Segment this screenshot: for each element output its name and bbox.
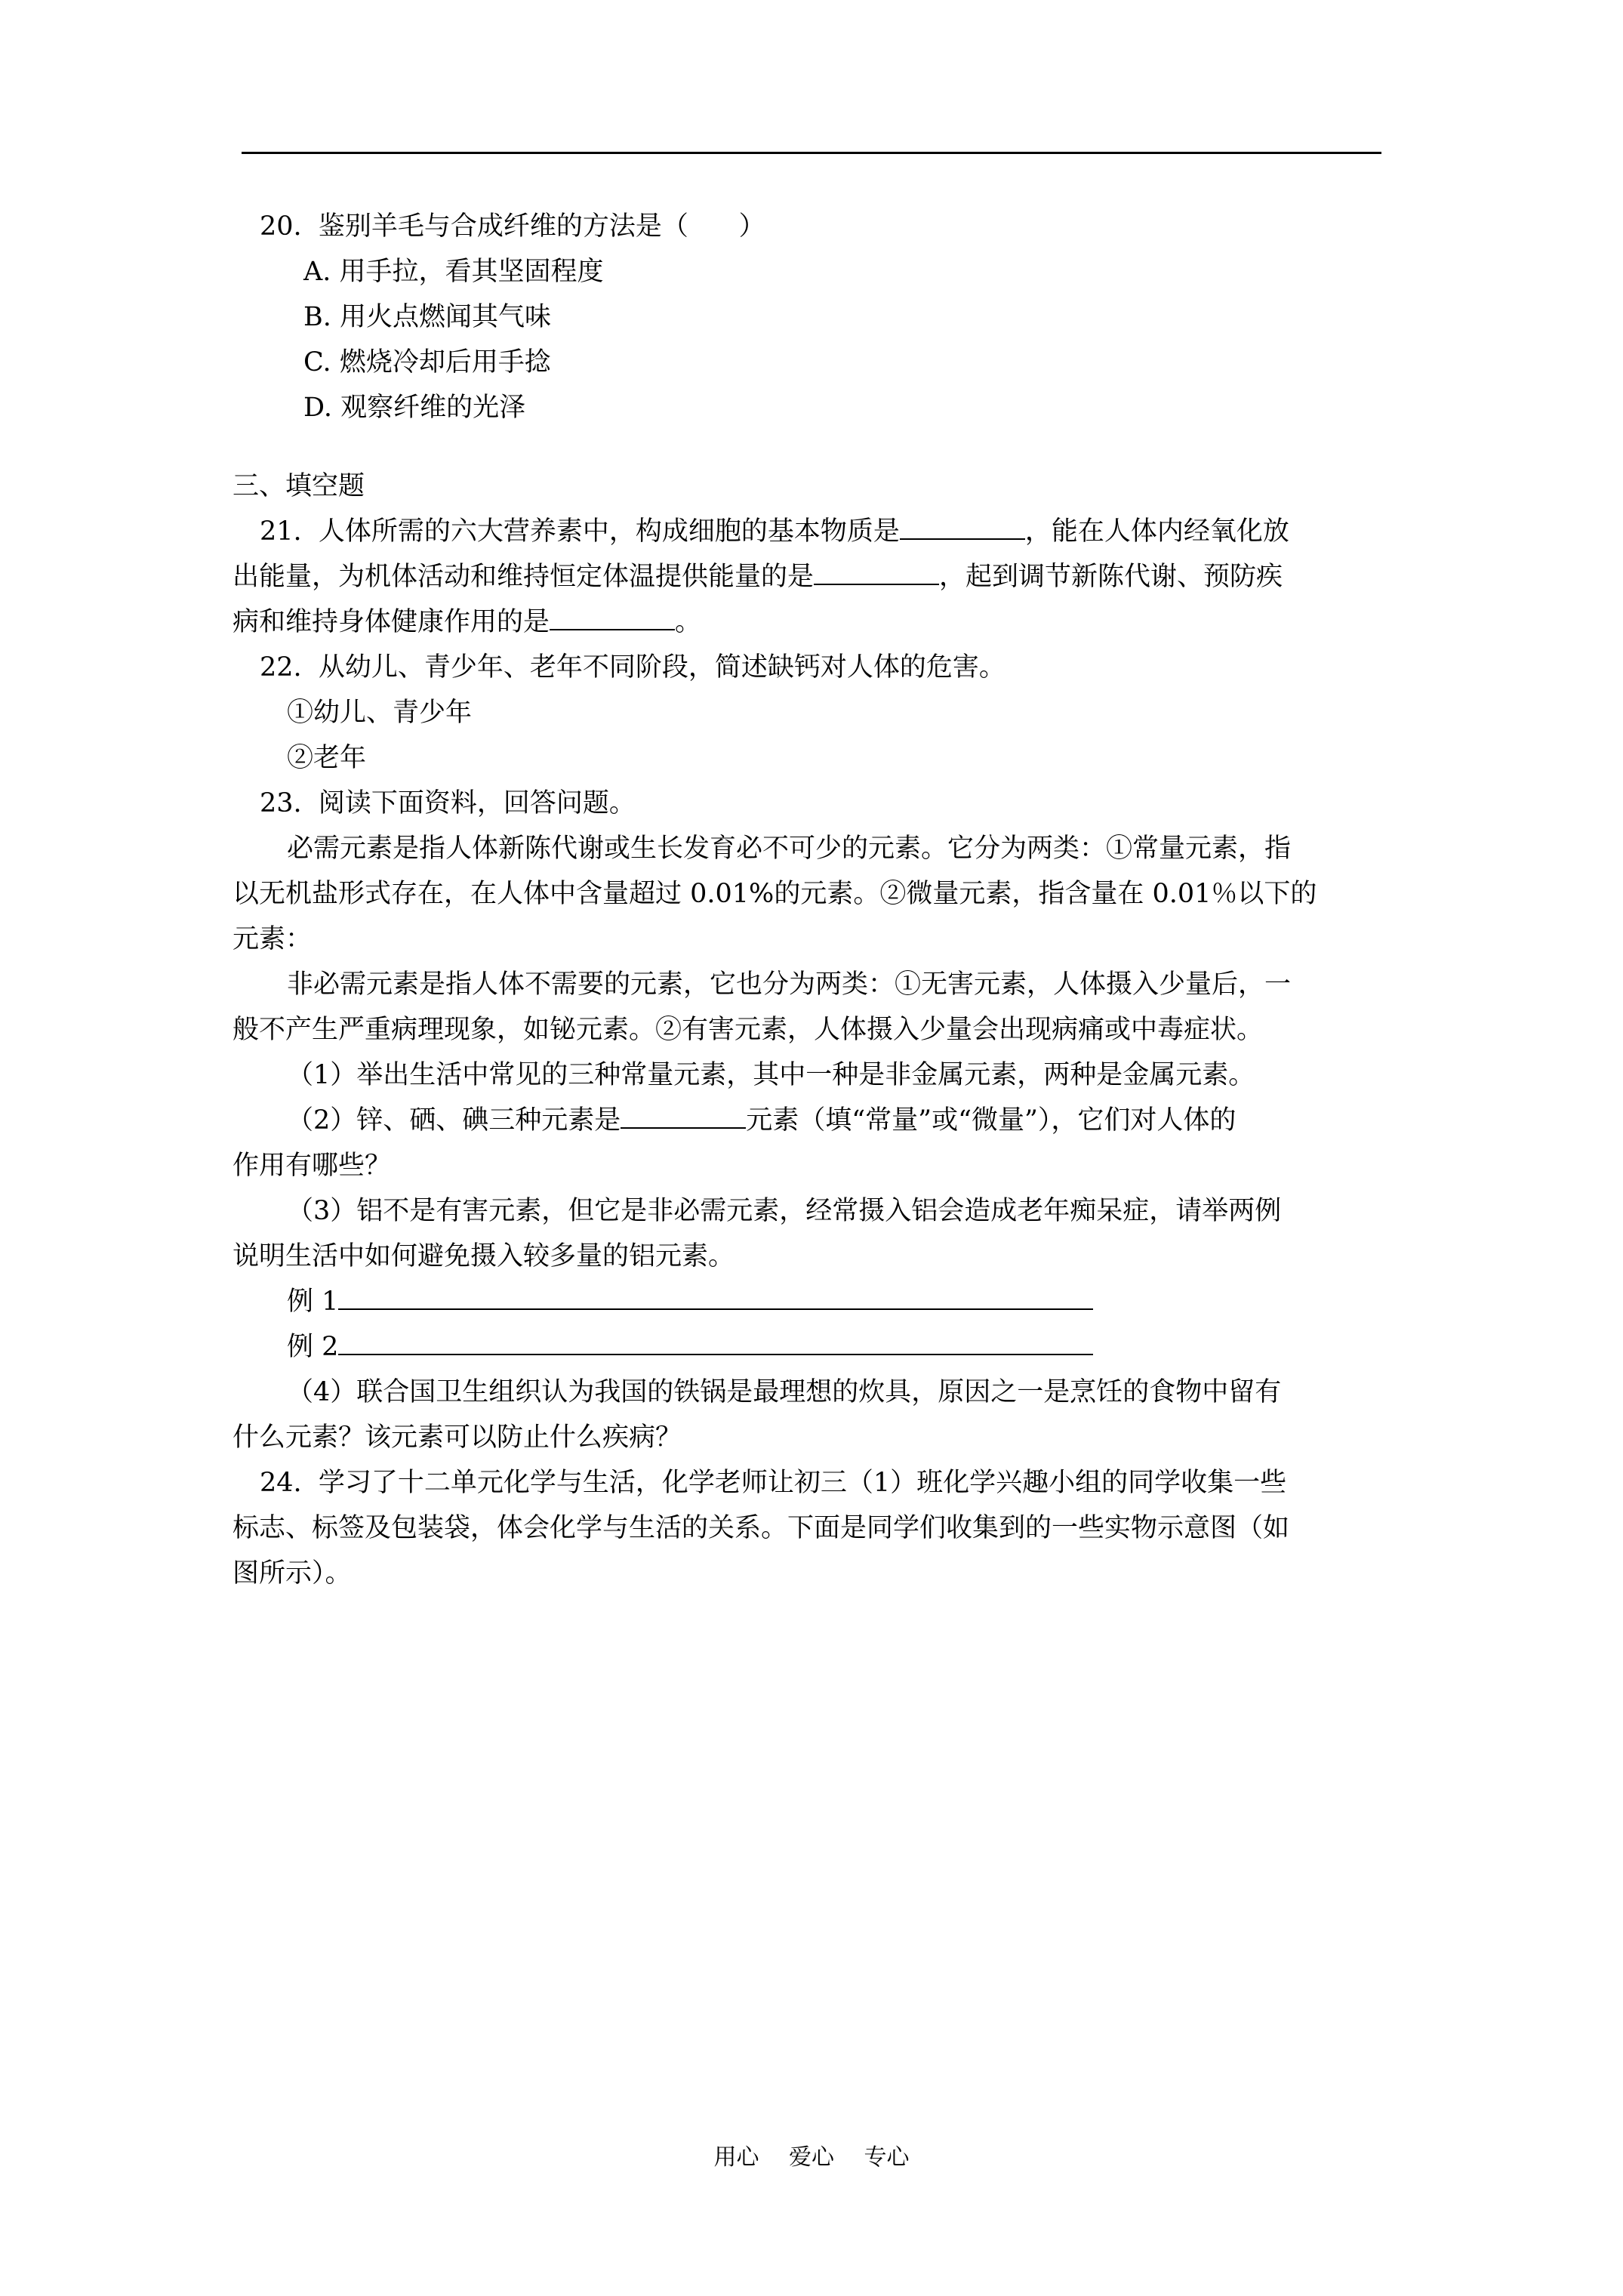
question-22-item-1: ①幼儿、青少年 [233, 690, 1378, 735]
question-24: 24. 学习了十二单元化学与生活，化学老师让初三（1）班化学兴趣小组的同学收集一… [233, 1460, 1378, 1596]
q21-text: 病和维持身体健康作用的是 [233, 607, 550, 637]
question-24-line-2: 标志、标签及包装袋，体会化学与生活的关系。下面是同学们收集到的一些实物示意图（如 [233, 1505, 1378, 1551]
section-title: 三、填空题 [233, 464, 1378, 509]
question-21-line-2: 出能量，为机体活动和维持恒定体温提供能量的是，起到调节新陈代谢、预防疾 [233, 554, 1378, 599]
page-footer: 用心 爱心 专心 [0, 2143, 1623, 2173]
sub-question-4-line-2: 什么元素？该元素可以防止什么疾病？ [233, 1415, 1378, 1460]
option-d-text: 观察纤维的光泽 [340, 393, 525, 423]
example-2-answer-line[interactable] [338, 1327, 1093, 1355]
option-a-text: 用手拉，看其坚固程度 [340, 257, 604, 287]
sub-question-3-line-1: （3）铝不是有害元素，但它是非必需元素，经常摄入铝会造成老年痴呆症，请举两例 [233, 1188, 1378, 1234]
question-24-line-1: 24. 学习了十二单元化学与生活，化学老师让初三（1）班化学兴趣小组的同学收集一… [233, 1460, 1378, 1505]
example-2: 例 2 [233, 1324, 1378, 1370]
passage-2-line-1: 非必需元素是指人体不需要的元素，它也分为两类：①无害元素，人体摄入少量后，一 [233, 962, 1378, 1007]
option-a-label: A. [303, 257, 331, 287]
question-24-line-3: 图所示）。 [233, 1551, 1378, 1596]
option-d: D. 观察纤维的光泽 [233, 385, 1378, 430]
question-20-stem: 20. 鉴别羊毛与合成纤维的方法是（ ） [233, 204, 1378, 249]
q21-text: ，能在人体内经氧化放 [1025, 516, 1289, 547]
sub-question-2: （2）锌、硒、碘三种元素是元素（填“常量”或“微量”），它们对人体的 [233, 1098, 1378, 1143]
example-2-label: 例 2 [287, 1332, 338, 1362]
question-23: 23. 阅读下面资料，回答问题。 必需元素是指人体新陈代谢或生长发育必不可少的元… [233, 781, 1378, 1460]
example-1-label: 例 1 [287, 1287, 338, 1317]
option-a: A. 用手拉，看其坚固程度 [233, 249, 1378, 294]
sub-question-2-text: 元素（填“常量”或“微量”），它们对人体的 [746, 1105, 1236, 1136]
sub-question-2-text: （2）锌、硒、碘三种元素是 [287, 1105, 621, 1136]
q21-text: ，起到调节新陈代谢、预防疾 [939, 562, 1283, 592]
document-body: 20. 鉴别羊毛与合成纤维的方法是（ ） A. 用手拉，看其坚固程度 B. 用火… [233, 204, 1378, 1596]
example-1-answer-line[interactable] [338, 1281, 1093, 1310]
answer-blank[interactable] [621, 1100, 746, 1129]
question-20: 20. 鉴别羊毛与合成纤维的方法是（ ） A. 用手拉，看其坚固程度 B. 用火… [233, 204, 1378, 430]
q21-text: 出能量，为机体活动和维持恒定体温提供能量的是 [233, 562, 814, 592]
passage-1-line-2: 以无机盐形式存在，在人体中含量超过 0.01%的元素。②微量元素，指含量在 0.… [233, 871, 1378, 917]
passage-2-line-2: 般不产生严重病理现象，如铋元素。②有害元素，人体摄入少量会出现病痛或中毒症状。 [233, 1007, 1378, 1052]
option-c-text: 燃烧冷却后用手捻 [340, 347, 551, 378]
q21-text: 21. 人体所需的六大营养素中，构成细胞的基本物质是 [260, 516, 900, 547]
answer-blank[interactable] [550, 602, 675, 630]
sub-question-4-line-1: （4）联合国卫生组织认为我国的铁锅是最理想的炊具，原因之一是烹饪的食物中留有 [233, 1370, 1378, 1415]
option-c: C. 燃烧冷却后用手捻 [233, 340, 1378, 385]
answer-blank[interactable] [814, 556, 939, 585]
example-1: 例 1 [233, 1279, 1378, 1324]
sub-question-3-line-2: 说明生活中如何避免摄入较多量的铝元素。 [233, 1234, 1378, 1279]
passage-1-line-3: 元素： [233, 917, 1378, 962]
option-c-label: C. [303, 347, 331, 378]
question-21: 21. 人体所需的六大营养素中，构成细胞的基本物质是，能在人体内经氧化放 出能量… [233, 509, 1378, 645]
q21-text: 。 [675, 607, 701, 637]
option-b-text: 用火点燃闻其气味 [340, 302, 551, 332]
question-23-stem: 23. 阅读下面资料，回答问题。 [233, 781, 1378, 826]
sub-question-2-cont: 作用有哪些？ [233, 1143, 1378, 1188]
header-rule [242, 152, 1381, 154]
option-b: B. 用火点燃闻其气味 [233, 294, 1378, 340]
question-22-item-2: ②老年 [233, 735, 1378, 781]
question-22-stem: 22. 从幼儿、青少年、老年不同阶段，简述缺钙对人体的危害。 [233, 645, 1378, 690]
sub-question-1: （1）举出生活中常见的三种常量元素，其中一种是非金属元素，两种是金属元素。 [233, 1052, 1378, 1098]
option-d-label: D. [303, 393, 332, 423]
answer-blank[interactable] [900, 511, 1025, 540]
passage-1-line-1: 必需元素是指人体新陈代谢或生长发育必不可少的元素。它分为两类：①常量元素，指 [233, 826, 1378, 871]
option-b-label: B. [303, 302, 331, 332]
question-22: 22. 从幼儿、青少年、老年不同阶段，简述缺钙对人体的危害。 ①幼儿、青少年 ②… [233, 645, 1378, 781]
question-21-line-3: 病和维持身体健康作用的是。 [233, 599, 1378, 645]
question-21-line-1: 21. 人体所需的六大营养素中，构成细胞的基本物质是，能在人体内经氧化放 [233, 509, 1378, 554]
